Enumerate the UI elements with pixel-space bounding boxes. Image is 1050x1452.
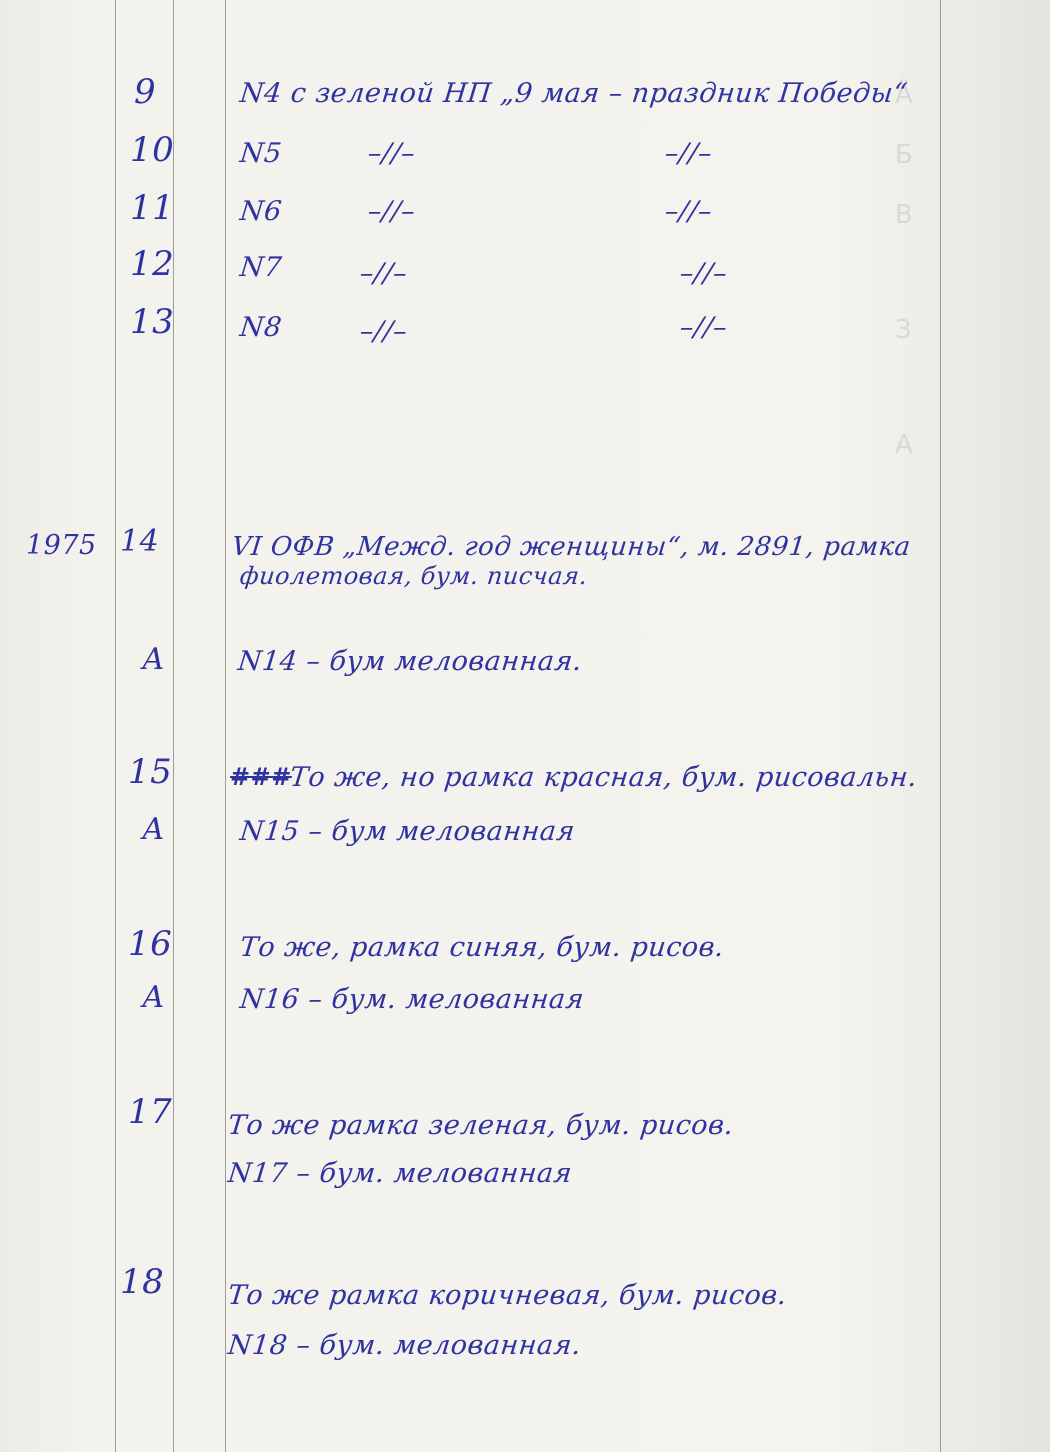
entry-text: То же, рамка синяя, бум. рисов. — [238, 932, 725, 963]
entry-text: То же, но рамка красная, бум. рисовальн. — [288, 762, 919, 793]
entry-text: N16 – бум. мелованная — [238, 984, 585, 1015]
entry-text: N14 – бум мелованная. — [236, 646, 583, 677]
entry-number: 16 — [128, 924, 172, 964]
crossed-out-mark: ### — [230, 762, 292, 791]
entry-number: 12 — [130, 244, 174, 284]
column-divider — [940, 0, 941, 1452]
column-divider — [225, 0, 226, 1452]
entry-text: N4 с зеленой НП „9 мая – праздник Победы… — [238, 78, 909, 109]
entry-sub-letter: А — [142, 812, 165, 847]
entry-number: 10 — [130, 130, 174, 170]
entry-number: 15 — [128, 752, 172, 792]
entry-text-continued: фиолетовая, бум. писчая. — [239, 562, 590, 590]
entry-text: N5 — [238, 138, 283, 169]
bleed-through-mark: В — [895, 200, 913, 230]
entry-text: N15 – бум мелованная — [238, 816, 576, 847]
column-divider — [115, 0, 116, 1452]
ledger-page: Ä Б В З А 9 N4 с зеленой НП „9 мая – пра… — [0, 0, 1050, 1452]
entry-year: 1975 — [26, 530, 97, 561]
ditto-mark: –//– — [678, 312, 728, 343]
ditto-mark: –//– — [663, 138, 713, 169]
entry-number: 14 — [120, 524, 159, 559]
bleed-through-mark: А — [895, 430, 913, 460]
entry-number: 9 — [134, 72, 156, 112]
entry-sub-letter: А — [142, 980, 165, 1015]
bleed-through-mark: З — [895, 315, 912, 345]
entry-number: 11 — [130, 188, 174, 228]
entry-text: То же рамка зеленая, бум. рисов. — [226, 1110, 735, 1141]
entry-number: 18 — [120, 1262, 164, 1302]
ditto-mark: –//– — [358, 258, 408, 289]
entry-number: 17 — [128, 1092, 172, 1132]
entry-text: VI ОФВ „Межд. год женщины“, м. 2891, рам… — [230, 532, 912, 562]
entry-number: 13 — [130, 302, 174, 342]
ditto-mark: –//– — [663, 196, 713, 227]
entry-text: N18 – бум. мелованная. — [226, 1330, 582, 1361]
entry-text: N7 — [238, 252, 283, 283]
ditto-mark: –//– — [678, 258, 728, 289]
entry-text: То же рамка коричневая, бум. рисов. — [226, 1280, 788, 1311]
entry-text: N17 – бум. мелованная — [226, 1158, 573, 1189]
ditto-mark: –//– — [358, 316, 408, 347]
entry-text: N6 — [238, 196, 283, 227]
bleed-through-mark: Б — [895, 140, 913, 170]
entry-sub-letter: А — [142, 642, 165, 677]
ditto-mark: –//– — [366, 196, 416, 227]
ditto-mark: –//– — [366, 138, 416, 169]
entry-text: N8 — [238, 312, 283, 343]
